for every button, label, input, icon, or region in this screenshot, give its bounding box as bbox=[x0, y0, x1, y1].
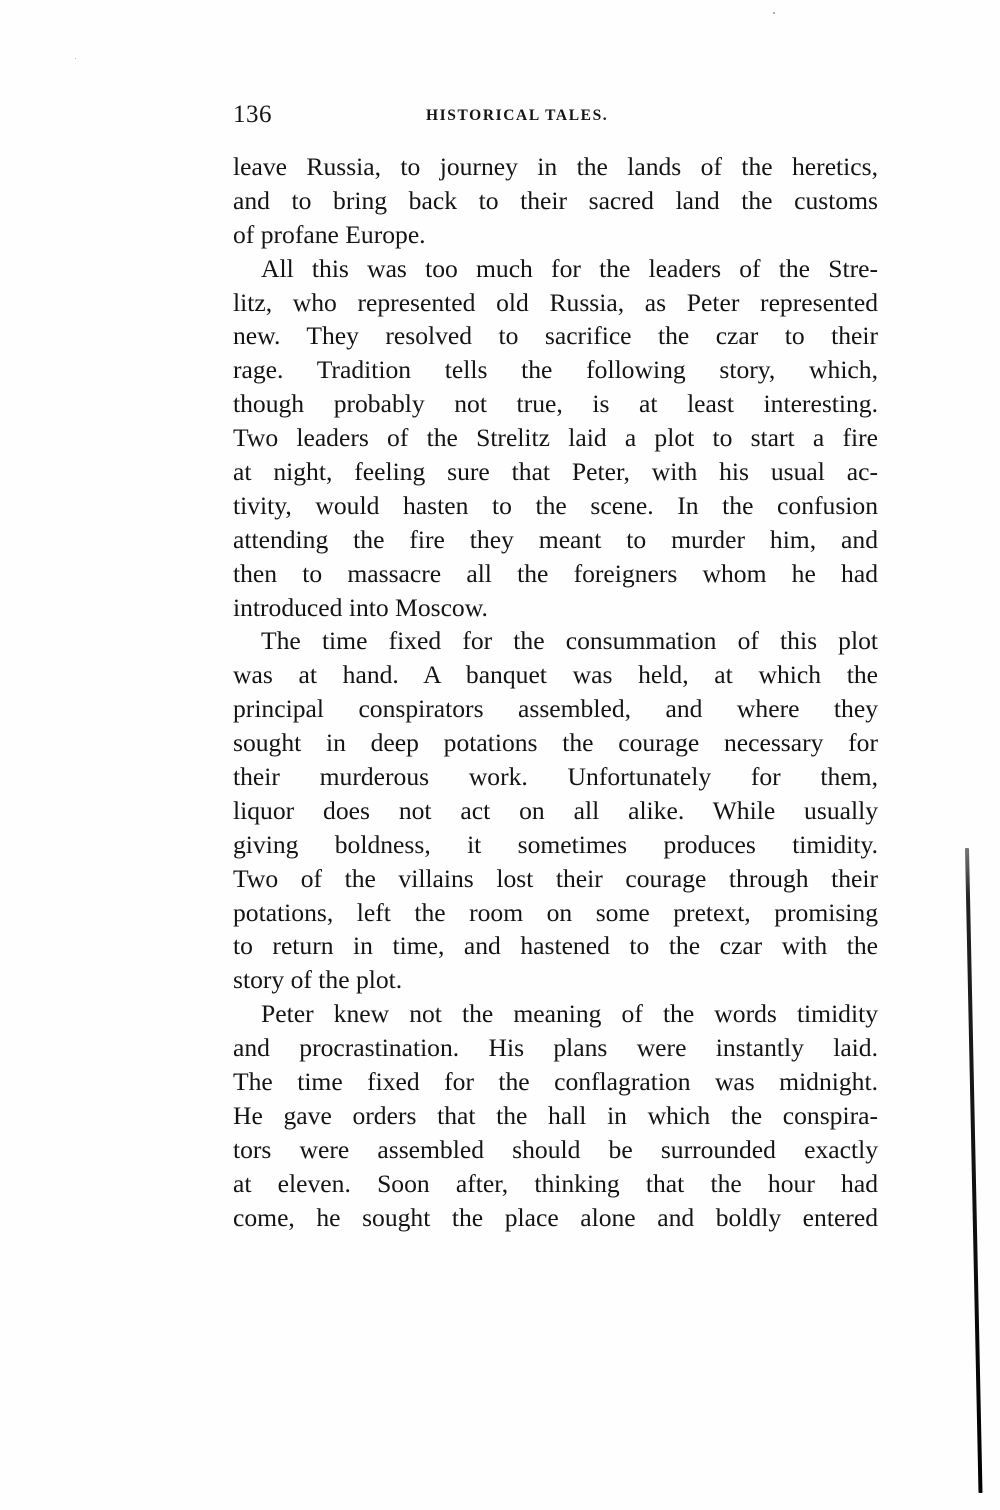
text-line: introduced into Moscow. bbox=[233, 591, 878, 625]
text-line: He gave orders that the hall in which th… bbox=[233, 1099, 878, 1133]
scan-speck bbox=[75, 58, 76, 59]
running-title: HISTORICAL TALES. bbox=[426, 104, 608, 128]
scan-speck bbox=[773, 12, 775, 14]
paragraph: All this was too much for the leaders of… bbox=[233, 252, 878, 625]
text-line: and to bring back to their sacred land t… bbox=[233, 184, 878, 218]
text-line: All this was too much for the leaders of… bbox=[233, 252, 878, 286]
text-line: attending the fire they meant to murder … bbox=[233, 523, 878, 557]
text-line: leave Russia, to journey in the lands of… bbox=[233, 150, 878, 184]
paragraph: Peter knew not the meaning of the words … bbox=[233, 997, 878, 1234]
text-line: of profane Europe. bbox=[233, 218, 878, 252]
page-edge-shadow bbox=[965, 848, 983, 1493]
text-line: new. They resolved to sacrifice the czar… bbox=[233, 319, 878, 353]
text-line: then to massacre all the foreigners whom… bbox=[233, 557, 878, 591]
text-line: rage. Tradition tells the following stor… bbox=[233, 353, 878, 387]
text-line: at night, feeling sure that Peter, with … bbox=[233, 455, 878, 489]
text-line: Two of the villains lost their courage t… bbox=[233, 862, 878, 896]
text-line: to return in time, and hastened to the c… bbox=[233, 929, 878, 963]
scanned-book-page: 136 HISTORICAL TALES. leave Russia, to j… bbox=[0, 0, 1000, 1510]
text-line: tivity, would hasten to the scene. In th… bbox=[233, 489, 878, 523]
text-line: The time fixed for the consummation of t… bbox=[233, 624, 878, 658]
text-line: story of the plot. bbox=[233, 963, 878, 997]
text-line: come, he sought the place alone and bold… bbox=[233, 1201, 878, 1235]
text-line: their murderous work. Unfortunately for … bbox=[233, 760, 878, 794]
text-line: sought in deep potations the courage nec… bbox=[233, 726, 878, 760]
running-head: 136 HISTORICAL TALES. bbox=[233, 100, 878, 134]
paragraph: The time fixed for the consummation of t… bbox=[233, 624, 878, 997]
page-number: 136 bbox=[233, 100, 272, 130]
text-line: Two leaders of the Strelitz laid a plot … bbox=[233, 421, 878, 455]
body-text: leave Russia, to journey in the lands of… bbox=[233, 150, 878, 1235]
text-line: though probably not true, is at least in… bbox=[233, 387, 878, 421]
text-line: was at hand. A banquet was held, at whic… bbox=[233, 658, 878, 692]
text-line: The time fixed for the conflagration was… bbox=[233, 1065, 878, 1099]
text-line: and procrastination. His plans were inst… bbox=[233, 1031, 878, 1065]
text-line: giving boldness, it sometimes produces t… bbox=[233, 828, 878, 862]
paragraph: leave Russia, to journey in the lands of… bbox=[233, 150, 878, 252]
text-line: liquor does not act on all alike. While … bbox=[233, 794, 878, 828]
text-line: Peter knew not the meaning of the words … bbox=[233, 997, 878, 1031]
text-line: principal conspirators assembled, and wh… bbox=[233, 692, 878, 726]
text-line: potations, left the room on some pretext… bbox=[233, 896, 878, 930]
text-line: tors were assembled should be surrounded… bbox=[233, 1133, 878, 1167]
text-line: at eleven. Soon after, thinking that the… bbox=[233, 1167, 878, 1201]
text-line: litz, who represented old Russia, as Pet… bbox=[233, 286, 878, 320]
